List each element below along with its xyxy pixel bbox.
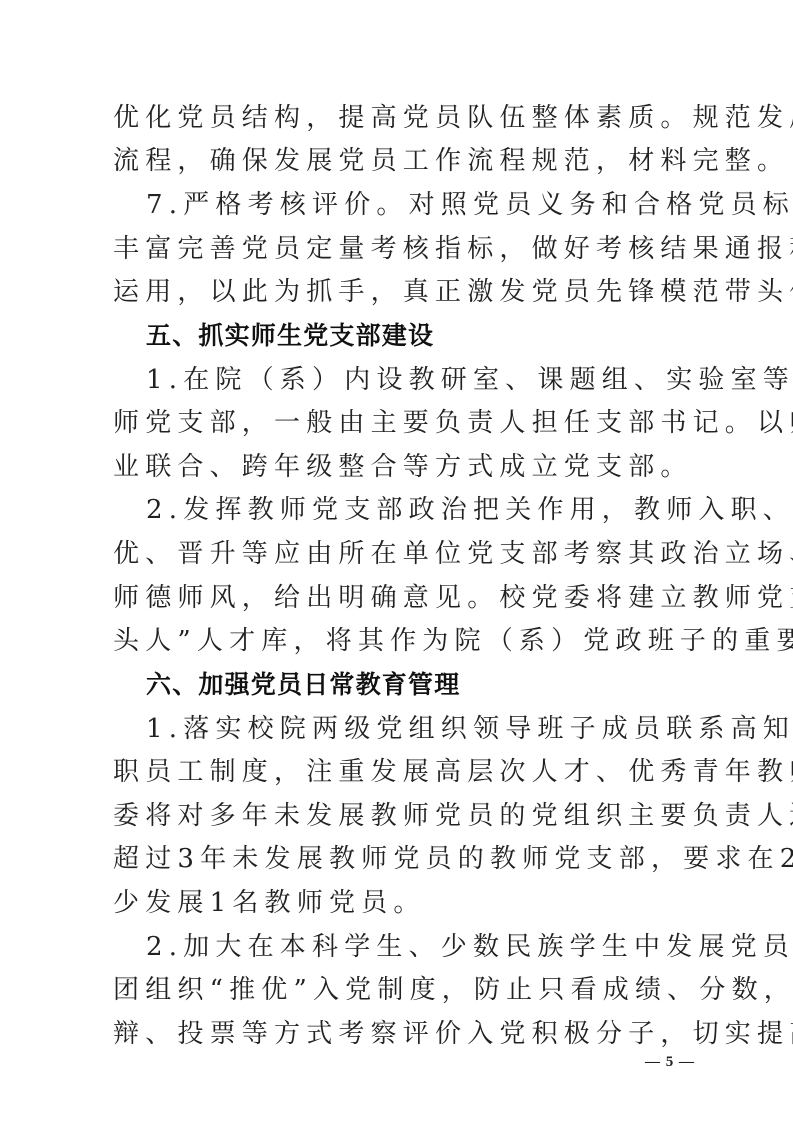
paragraph-line: 头人”人才库，将其作为院（系）党政班子的重要补充来源。 [113, 626, 673, 656]
document-page: 优化党员结构，提高党员队伍整体素质。规范发展党员工作 流程，确保发展党员工作流程… [0, 0, 793, 1122]
paragraph-line: 师德师风，给出明确意见。校党委将建立教师党支部书记“双带 [113, 583, 673, 613]
section-heading-5: 五、抓实师生党支部建设 [146, 321, 706, 351]
paragraph-line: 优、晋升等应由所在单位党支部考察其政治立场、思想素质、 [113, 539, 673, 569]
section-heading-6: 六、加强党员日常教育管理 [146, 670, 706, 700]
page-number: — 5 — [645, 1054, 695, 1071]
paragraph-line: 1.在院（系）内设教研室、课题组、实验室等独立设置教 [146, 365, 706, 395]
paragraph-line: 丰富完善党员定量考核指标，做好考核结果通报和考核结果 [113, 234, 673, 264]
paragraph-line: 辩、投票等方式考察评价入党积极分子，切实提高发展质量。 [113, 1019, 673, 1049]
paragraph-line: 2.发挥教师党支部政治把关作用，教师入职、考核、评 [146, 495, 706, 525]
paragraph-line: 委将对多年未发展教师党员的党组织主要负责人进行约谈，对 [113, 801, 673, 831]
paragraph-line: 7.严格考核评价。对照党员义务和合格党员标准，不断 [146, 190, 706, 220]
paragraph-line: 优化党员结构，提高党员队伍整体素质。规范发展党员工作 [113, 103, 673, 133]
paragraph-line: 团组织“推优”入党制度，防止只看成绩、分数，或简单用答 [113, 975, 673, 1005]
paragraph-line: 师党支部，一般由主要负责人担任支部书记。以师生结合、专 [113, 408, 673, 438]
paragraph-line: 流程，确保发展党员工作流程规范，材料完整。 [113, 146, 673, 176]
paragraph-line: 2.加大在本科学生、少数民族学生中发展党员力度，落实 [146, 932, 706, 962]
paragraph-line: 少发展1名教师党员。 [113, 888, 673, 918]
paragraph-line: 业联合、跨年级整合等方式成立党支部。 [113, 452, 673, 482]
paragraph-line: 职员工制度，注重发展高层次人才、优秀青年教师入党。校党 [113, 757, 673, 787]
paragraph-line: 超过3年未发展教师党员的教师党支部，要求在2023年7月前至 [113, 844, 673, 874]
paragraph-line: 1.落实校院两级党组织领导班子成员联系高知识群体、教 [146, 714, 706, 744]
paragraph-line: 运用，以此为抓手，真正激发党员先锋模范带头作用。 [113, 277, 673, 307]
